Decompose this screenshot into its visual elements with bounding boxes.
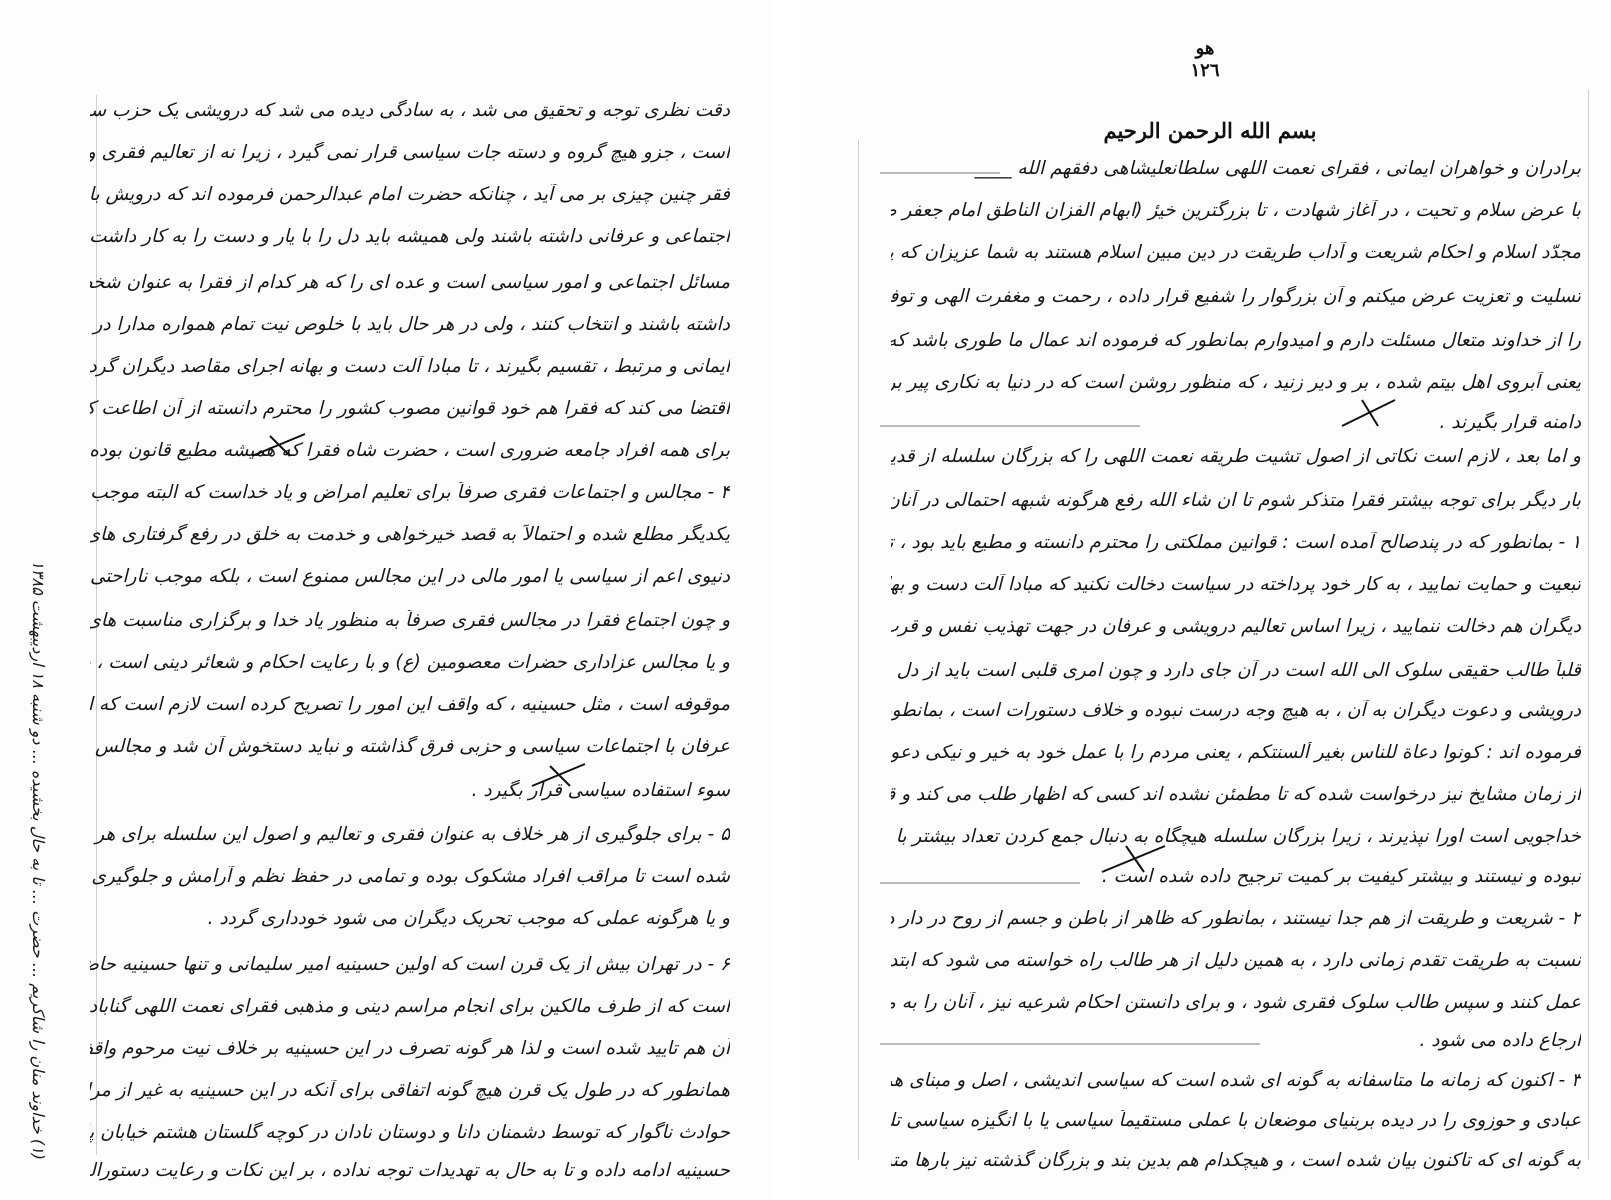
right-margin-rule — [858, 140, 859, 1160]
text-line: ۵ - برای جلوگیری از هر خلاف به عنوان فقر… — [90, 824, 730, 845]
text-line: تبعیت و حمایت نمایید ، به کار خود پرداخت… — [891, 574, 1581, 595]
text-line: برای همه افراد جامعه ضروری است ، حضرت شا… — [90, 440, 730, 461]
text-line: قلباً طالب حقیقی سلوک الی الله است در آن… — [891, 660, 1581, 681]
text-line: ۲ - شریعت و طریقت از هم جدا نیستند ، بما… — [891, 908, 1581, 929]
text-line: را از خداوند متعال مسئلت دارم و امیدوارم… — [891, 330, 1581, 351]
text-line: یعنی آبروی اهل بیتم شده ، بر و دیر زنید … — [891, 372, 1581, 393]
ruled-dash — [880, 425, 1140, 427]
text-line: آن هم تایید شده است و لذا هر گونه تصرف د… — [90, 1038, 730, 1059]
text-line: و اما بعد ، لازم است نکاتی از اصول تشیت … — [891, 446, 1581, 467]
text-line: همانطور که در طول یک قرن هیچ گونه اتفاقی… — [90, 1080, 730, 1101]
text-line: دامنه قرار بگیرند . — [891, 412, 1581, 433]
right-page: هو ١٢٦ بسم الله الرحمن الرحیم برادران و … — [800, 0, 1611, 1200]
text-line: اجتماعی و عرفانی داشته باشند ولی همیشه ب… — [90, 226, 730, 247]
text-line: اقتضا می کند که فقرا هم خود قوانین مصوب … — [90, 398, 730, 419]
text-line: مسائل اجتماعی و امور سیاسی است و عده ای … — [90, 272, 730, 293]
text-line: درویشی و دعوت دیگران به آن ، به هیچ وجه … — [891, 700, 1581, 721]
text-line: برادران و خواهران ایمانی ، فقرای نعمت ال… — [891, 158, 1581, 179]
text-line: تسلیت و تعزیت عرض میکنم و آن بزرگوار را … — [891, 286, 1581, 307]
text-line: موقوفه است ، مثل حسینیه ، که واقف این ام… — [90, 694, 730, 715]
strike-mark-icon — [1100, 842, 1170, 876]
text-line: به گونه ای که تاکنون بیان شده است ، و هی… — [891, 1150, 1581, 1171]
text-line: است که از طرف مالکین برای انجام مراسم دی… — [90, 996, 730, 1017]
text-line: شده است تا مراقب افراد مشکوک بوده و تمام… — [90, 866, 730, 887]
strike-mark-icon — [250, 430, 310, 460]
text-line: مجدّد اسلام و احکام شریعت و آداب طریقت د… — [891, 242, 1581, 263]
text-line: ۶ - در تهران بیش از یک قرن است که اولین … — [90, 954, 730, 975]
text-line: عمل کنند و سپس طالب سلوک فقری شود ، و بر… — [891, 992, 1581, 1013]
text-line: با عرض سلام و تحیت ، در آغاز شهادت ، تا … — [891, 200, 1581, 221]
text-line: ۴ - مجالس و اجتماعات فقری صرفاً برای تعل… — [90, 482, 730, 503]
text-line: ایمانی و مرتبط ، تقسیم بگیرند ، تا مبادا… — [90, 356, 730, 377]
page-marker: هو — [1170, 40, 1240, 59]
text-line: یکدیگر مطلع شده و احتمالاً به قصد خیرخوا… — [90, 524, 730, 545]
text-line: و چون اجتماع فقرا در مجالس فقری صرفاً به… — [90, 610, 730, 631]
text-line: عرفان با اجتماعات سیاسی و حزبی فرق گذاشت… — [90, 736, 730, 757]
text-line: سوء استفاده سیاسی قرار بگیرد . — [90, 780, 730, 801]
basmala-heading: بسم الله الرحمن الرحیم — [1000, 118, 1420, 143]
ruled-dash — [880, 882, 1080, 884]
text-line: ۳ - اکنون که زمانه ما متاسفانه به گونه ا… — [891, 1070, 1581, 1091]
text-line: بار دیگر برای توجه بیشتر فقرا متذکر شوم … — [891, 490, 1581, 511]
strike-mark-icon — [1340, 396, 1400, 430]
text-line: ۱ - بمانطور که در پندصالح آمده است : قوا… — [891, 532, 1581, 553]
text-line: خداجویی است اورا نپذیرند ، زیرا بزرگان س… — [891, 826, 1581, 847]
text-line: حسینیه ادامه داده و تا به حال به تهدیدات… — [90, 1160, 730, 1181]
page-number: ١٢٦ — [1170, 62, 1240, 81]
text-line: فرموده اند : کونوا دعاة للناس بغیر ألسنت… — [891, 742, 1581, 763]
text-line: است ، جزو هیچ گروه و دسته جات سیاسی قرار… — [90, 142, 730, 163]
text-line: حوادث ناگوار که توسط دشمنان دانا و دوستا… — [90, 1122, 730, 1143]
rotated-margin-footnote: (۱) خداوند منان را شاکریم ... حضرت ... ت… — [4, 560, 48, 1160]
right-edge-rule — [1588, 90, 1589, 1160]
text-line: داشته باشند و انتخاب کنند ، ولی در هر حا… — [90, 314, 730, 335]
text-line: فقر چنین چیزی بر می آید ، چنانکه حضرت ام… — [90, 184, 730, 205]
page-gutter — [770, 0, 800, 1200]
left-page: دقت نظری توجه و تحقیق می شد ، به سادگی د… — [0, 0, 770, 1200]
text-line: ارجاع داده می شود . — [891, 1030, 1581, 1051]
text-line: دنیوی اعم از سیاسی یا امور مالی در این م… — [90, 566, 730, 587]
text-line: و یا هرگونه عملی که موجب تحریک دیگران می… — [90, 908, 730, 929]
strike-mark-icon — [530, 760, 590, 790]
ruled-dash — [880, 1043, 1260, 1045]
text-line: دیگران هم دخالت ننمایید ، زیرا اساس تعال… — [891, 616, 1581, 637]
text-line: نسبت به طریقت تقدم زمانی دارد ، به همین … — [891, 950, 1581, 971]
text-line: از زمان مشایخ نیز درخواست شده که تا مطمئ… — [891, 784, 1581, 805]
text-line: عبادی و حوزوی را در دیده بربنیای موضعان … — [891, 1110, 1581, 1131]
text-line: دقت نظری توجه و تحقیق می شد ، به سادگی د… — [90, 100, 730, 121]
text-line: و یا مجالس عزاداری حضرات معصومین (ع) و ب… — [90, 652, 730, 673]
